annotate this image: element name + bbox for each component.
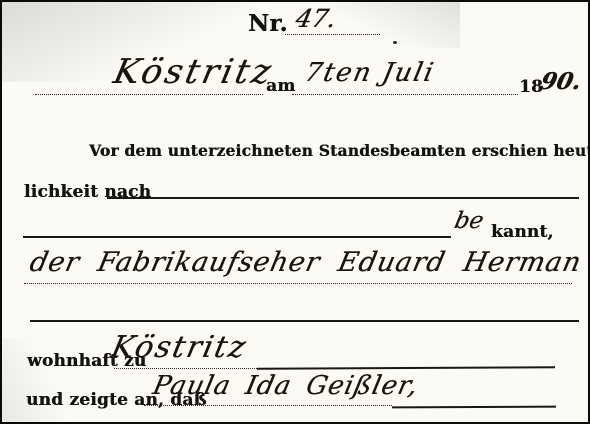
report-blank-line-dotted [144,405,392,406]
reported-person-entry: Paula Ida Geißler, [150,371,421,401]
bekannt-printed-suffix: kannt, [491,222,554,242]
am-label: am [266,76,295,96]
place-entry: Köstritz [110,52,277,92]
blank-line-full [30,320,579,322]
residence-blank-line-solid [257,366,555,370]
declarant-blank-line [24,283,572,284]
year-entry: 90. [538,68,584,95]
bekannt-handwritten-prefix: be [452,208,486,234]
declarant-entry: der Fabrikaufseher Eduard Herman Geißler… [27,247,590,278]
ink-speck [393,41,397,44]
date-entry: 7ten Juli [302,58,438,88]
place-blank-line [35,94,263,95]
residence-entry: Köstritz [108,330,250,365]
intro-paragraph-line2: lichkeit nach [24,182,151,202]
intro-paragraph-line1: Vor dem unterzeichneten Standesbeamten e… [89,141,590,160]
record-number-label: Nr. [248,10,288,37]
record-number-value: 47. [293,4,339,33]
report-blank-line-solid [392,406,556,409]
death-record-document: Nr. 47. Köstritz am 7ten Juli 18 90. Vor… [0,0,590,424]
identity-blank-line-1 [107,197,579,199]
identity-blank-line-2 [23,236,451,238]
record-number-underline [285,34,380,35]
date-blank-line [292,94,518,95]
residence-blank-line-dotted [114,368,257,369]
